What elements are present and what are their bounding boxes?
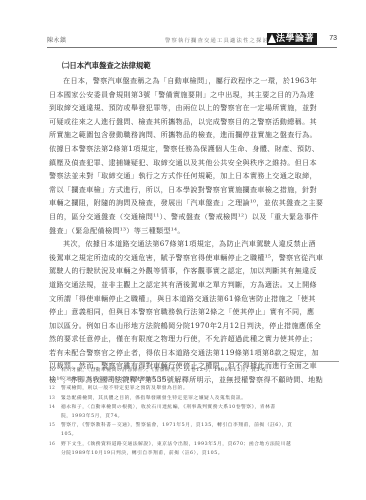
section-heading: ㈡日本汽車盤查之法律規範: [62, 60, 341, 72]
header-running-title: 警察執行攔查交通工具適法性之探討: [165, 36, 269, 44]
footnote-12: 12 警戒檢問，則以一般不特定犯罪之預防及舉發為目的。: [49, 384, 341, 393]
header-author: 陳永鎮: [47, 35, 67, 44]
footnote-11: 11 交通檢問，係以交通違規之預防及舉發為目的。: [49, 375, 341, 384]
text-line: 後駕車之規定所造成的交通危害，賦予警察官得使車輛停止之職權¹⁵，警察官從汽車: [49, 251, 341, 265]
paragraph-2: 其次，依據日本道路交通法第67條第1項規定，為防止汽車駕駛人違反禁止酒 後駕車之…: [49, 237, 341, 387]
journal-logo-text: 法學論著: [276, 34, 314, 44]
text-line: 若有未配合警察官之停止者，得依日本道路交通法第119條第1項第8款之規定，加: [49, 346, 341, 360]
footnote-number: 12: [49, 383, 55, 392]
text-line: 目的，區分交通盤查（交通檢問¹¹）、警戒盤查（警戒檢問¹²）以及「重大緊急事件: [49, 210, 341, 224]
text-line: 鎮壓及偵查犯罪、逮捕嫌疑犯、取締交通以及其他公共安全與秩序之維持。但日本: [49, 156, 341, 170]
footnote-number: 11: [49, 374, 55, 383]
text-line: 盤查」（緊急配備檢問¹³）等三種類型¹⁴。: [49, 224, 341, 238]
text-line: 在日本，警察汽車盤查稱之為「自動車檢問」，屬行政程序之一環，於1963年: [49, 74, 341, 88]
text-line: 其次，依據日本道路交通法第67條第1項規定，為防止汽車駕駛人違反禁止酒: [49, 237, 341, 251]
text-line: 停止」意義相同，但與日本警察官職務執行法第2條之「使其停止」實有不同，應: [49, 305, 341, 319]
footnote-13: 13 緊急配備檢問，其具體之目的，係指舉發剛發生特定犯罪之嫌疑人及蒐集資訊。: [49, 394, 341, 403]
text-line: 依據日本警察法第2條第1項規定，警察任務為保護個人生命、身體、財產、預防、: [49, 142, 341, 156]
footnote-divider: [49, 361, 339, 362]
text-line: 文所謂「得使車輛停止之職權」，與日本道路交通法第61條危害防止措施之「使其: [49, 292, 341, 306]
footnote-16: 16 野下文生，《執務資料道路交通法解說》，東京法令出版，1993年5月，頁67…: [49, 440, 341, 458]
text-line: 加以區分。例如日本山形地方法院鶴岡分院1970年2月12日判決，停止措施應係全: [49, 319, 341, 333]
logo-mountain-icon: [268, 34, 276, 43]
text-line: 警察法並未對「取締交通」執行之方式作任何規範，加上日本實務上交通之取締，: [49, 169, 341, 183]
text-line: 可疑或往來之人進行盤問、檢查其所攜物品，以完成警察目的之警察活動總稱。其: [49, 115, 341, 129]
text-line: 道路交通法規，並非主觀上之認定其有酒後駕車之單方判斷，方為適法。又上開條: [49, 278, 341, 292]
running-header: 陳永鎮 警察執行攔查交通工具適法性之探討 法學論著 73: [47, 33, 337, 47]
text-line: 車輛之攔阻，附隨的詢問及檢查，發展出「汽車盤查」之理論¹⁰，並依其盤查之主要: [49, 196, 341, 210]
footnote-number: 10: [49, 365, 55, 374]
footnote-number: 16: [49, 439, 55, 448]
text-line: 駕駛人的行駛狀況及車輛之外觀等情事，作客觀事實之認定，加以判斷其有無違反: [49, 264, 341, 278]
text-line: 然的要求任意停止，僅在有限度之物理力行使，不允許超過此種之實力使其停止；: [49, 332, 341, 346]
footnote-10: 10 石川才顯，〈自動車檢問の許容條件〉，《警察研究》，51卷12号，1980年…: [49, 366, 341, 375]
paragraph-1: 在日本，警察汽車盤查稱之為「自動車檢問」，屬行政程序之一環，於1963年 日本國…: [49, 74, 341, 237]
footnote-15: 15 警察庁，《警察教科書－交通》，警察協會，1971年5月，頁135，轉引自李…: [49, 421, 341, 439]
page-number: 73: [329, 35, 337, 42]
footnote-14: 14 徳永和子，〈自動車檢問の根拠〉，收於石川達紘編，《刑事裁判實務大系10卷警…: [49, 403, 341, 421]
footnote-number: 14: [49, 402, 55, 411]
footnotes: 10 石川才顯，〈自動車檢問の許容條件〉，《警察研究》，51卷12号，1980年…: [49, 366, 341, 458]
journal-logo: 法學論著: [267, 33, 317, 45]
text-line: 日本國家公安委員會規則第3號「警備實施要則」之中出現，其主要之目的乃為達: [49, 88, 341, 102]
text-line: 所實施之範圍包含發動職務詢問、所攜物品的檢查，進而攔停並實施之盤查行為。: [49, 128, 341, 142]
footnote-number: 13: [49, 393, 55, 402]
text-line: 到取締交通違規、預防或舉發犯罪等，由兩位以上的警察官在一定場所實施，並對: [49, 101, 341, 115]
text-line: 常以「攔查車檢」方式進行，所以，日本學說對警察官實施攔查車檢之措施，針對: [49, 183, 341, 197]
body-text: ㈡日本汽車盤查之法律規範 在日本，警察汽車盤查稱之為「自動車檢問」，屬行政程序之…: [49, 60, 341, 387]
footnote-number: 15: [49, 420, 55, 429]
journal-page: 陳永鎮 警察執行攔查交通工具適法性之探討 法學論著 73 ㈡日本汽車盤查之法律規…: [0, 0, 366, 500]
header-divider: [47, 47, 337, 48]
